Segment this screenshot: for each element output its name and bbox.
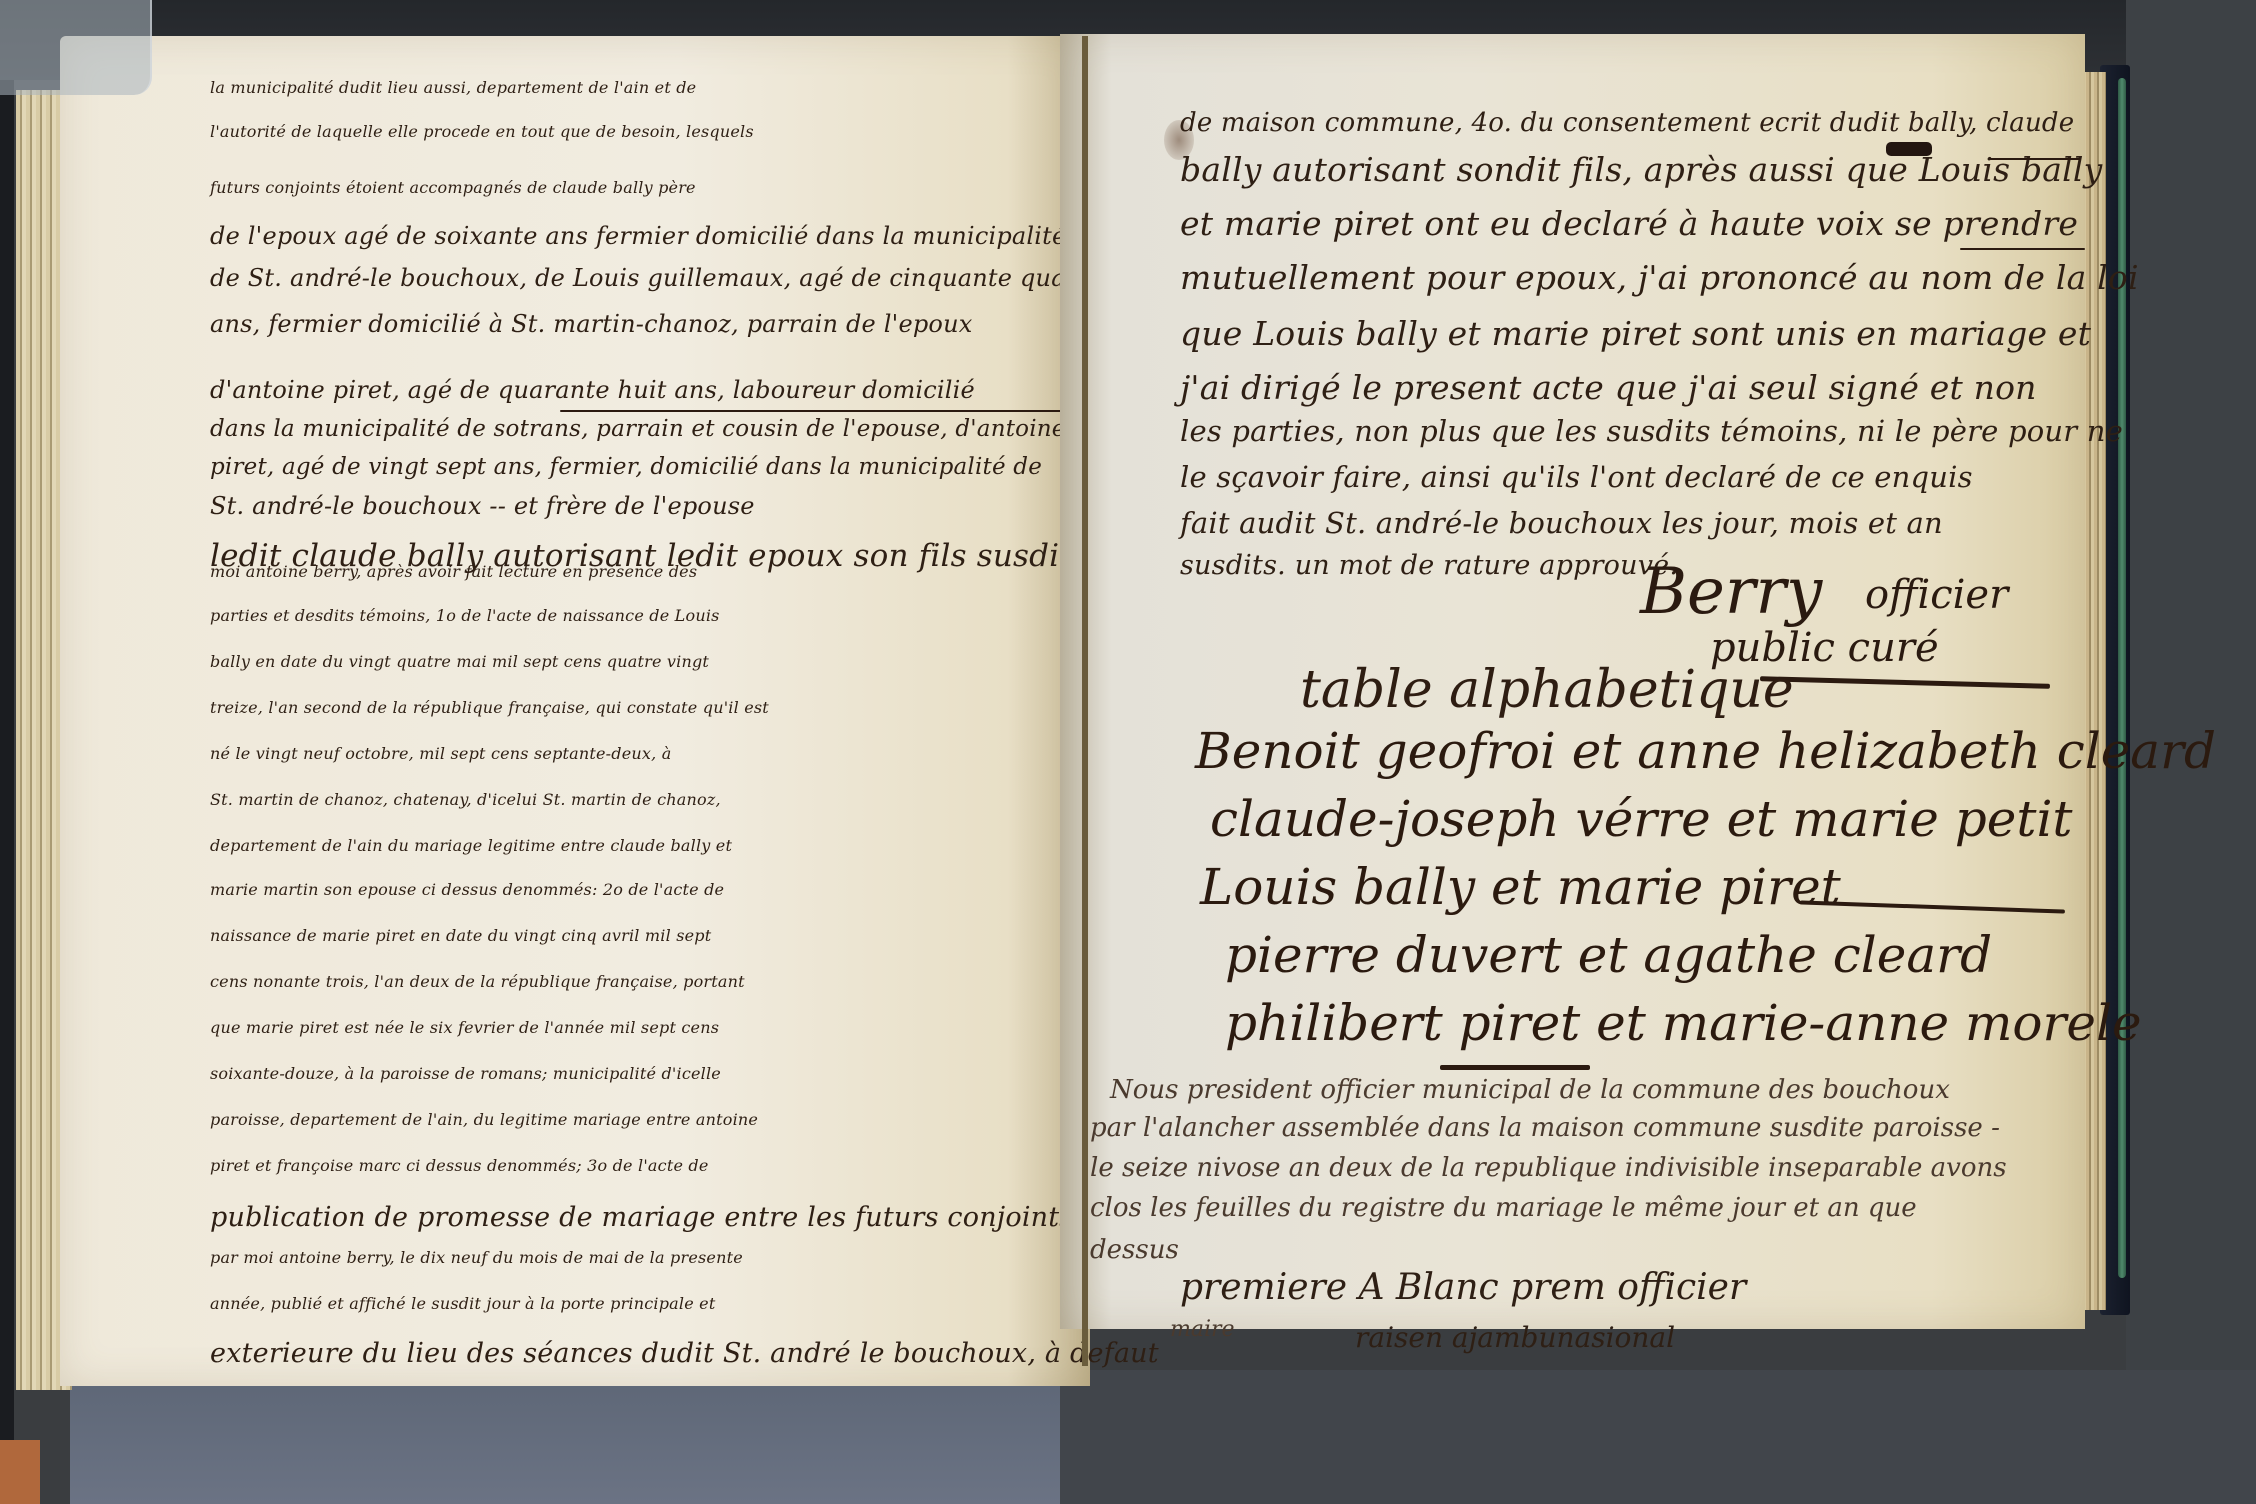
text-line: parties et desdits témoins, 1o de l'acte… <box>210 606 720 625</box>
text-line: publication de promesse de mariage entre… <box>210 1202 1182 1233</box>
text-line: mutuellement pour epoux, j'ai prononcé a… <box>1180 258 2139 297</box>
index-title: table alphabetique <box>1300 660 1794 720</box>
signature-name: Berry <box>1640 555 1822 629</box>
text-line: le sçavoir faire, ainsi qu'ils l'ont dec… <box>1180 460 1973 494</box>
text-line: cens nonante trois, l'an deux de la répu… <box>210 972 745 991</box>
text-line: St. andré-le bouchoux -- et frère de l'e… <box>210 492 755 520</box>
text-line: St. martin de chanoz, chatenay, d'icelui… <box>210 790 721 809</box>
text-line: soixante-douze, à la paroisse de romans;… <box>210 1064 721 1083</box>
text-line: piret et françoise marc ci dessus denomm… <box>210 1156 709 1175</box>
text-line: susdits. un mot de rature approuvé. <box>1180 550 1678 581</box>
text-line: de St. andré-le bouchoux, de Louis guill… <box>210 264 1102 292</box>
plastic-clip <box>0 0 152 95</box>
text-line: bally en date du vingt quatre mai mil se… <box>210 652 709 671</box>
text-line: d'antoine piret, agé de quarante huit an… <box>210 376 975 404</box>
index-entry: Louis bally et marie piret <box>1200 858 1841 916</box>
note-margin-word: maire <box>1170 1317 1235 1342</box>
text-line: et marie piret ont eu declaré à haute vo… <box>1180 204 2078 243</box>
note-line: par l'alancher assemblée dans la maison … <box>1090 1113 2000 1143</box>
text-line: departement de l'ain du mariage legitime… <box>210 836 732 855</box>
text-line: la municipalité dudit lieu aussi, depart… <box>210 78 696 97</box>
index-entry: claude-joseph vérre et marie petit <box>1210 790 2073 848</box>
text-line: piret, agé de vingt sept ans, fermier, d… <box>210 454 1042 480</box>
note-signature: premiere A Blanc prem officier <box>1180 1267 1746 1308</box>
note-line: le seize nivose an deux de la republique… <box>1090 1153 2007 1183</box>
text-line: marie martin son epouse ci dessus denomm… <box>210 880 724 899</box>
index-entry: philibert piret et marie-anne morele <box>1225 994 2142 1052</box>
background-left-strip <box>0 80 14 1504</box>
text-line: fait audit St. andré-le bouchoux les jou… <box>1180 506 1943 540</box>
text-line: l'autorité de laquelle elle procede en t… <box>210 122 754 141</box>
text-line: naissance de marie piret en date du ving… <box>210 926 711 945</box>
text-line: futurs conjoints étoient accompagnés de … <box>210 178 696 197</box>
text-line: par moi antoine berry, le dix neuf du mo… <box>210 1248 743 1267</box>
text-line: moi antoine berry, après avoir fait lect… <box>210 562 697 581</box>
text-line: bally autorisant sondit fils, après auss… <box>1180 150 2103 189</box>
text-line: ans, fermier domicilié à St. martin-chan… <box>210 310 972 338</box>
text-line: paroisse, departement de l'ain, du legit… <box>210 1110 758 1129</box>
book-gutter <box>1082 36 1088 1366</box>
signature-title: officier <box>1865 572 2008 618</box>
line-filler <box>1960 248 2085 250</box>
note-line: clos les feuilles du registre du mariage… <box>1090 1193 1917 1223</box>
closing-divider <box>1440 1065 1590 1070</box>
blue-mat <box>70 1370 1220 1504</box>
note-signature-line2: raisen ajambunasional <box>1355 1321 1675 1354</box>
text-line: j'ai dirigé le present acte que j'ai seu… <box>1180 368 2037 407</box>
text-line: exterieure du lieu des séances dudit St.… <box>210 1338 1159 1369</box>
text-line: de maison commune, 4o. du consentement e… <box>1180 108 2074 138</box>
text-line: que Louis bally et marie piret sont unis… <box>1180 314 2091 353</box>
text-line: de l'epoux agé de soixante ans fermier d… <box>210 222 1066 250</box>
text-line: treize, l'an second de la république fra… <box>210 698 769 717</box>
text-line: que marie piret est née le six fevrier d… <box>210 1018 719 1037</box>
struck-out-word <box>1886 142 1932 156</box>
text-line: dans la municipalité de sotrans, parrain… <box>210 416 1066 442</box>
note-line: Nous president officier municipal de la … <box>1110 1075 1950 1105</box>
line-filler <box>1990 158 2080 160</box>
text-line: les parties, non plus que les susdits té… <box>1180 414 2123 448</box>
note-line: dessus <box>1090 1235 1179 1265</box>
text-line: année, publié et affiché le susdit jour … <box>210 1294 715 1313</box>
underline <box>560 410 1090 412</box>
table-surface <box>0 1440 40 1504</box>
index-entry: pierre duvert et agathe cleard <box>1225 926 1992 984</box>
background-bottom-right <box>1060 1370 2256 1504</box>
text-line: né le vingt neuf octobre, mil sept cens … <box>210 744 671 763</box>
index-entry: Benoit geofroi et anne helizabeth cleard <box>1195 722 2216 780</box>
